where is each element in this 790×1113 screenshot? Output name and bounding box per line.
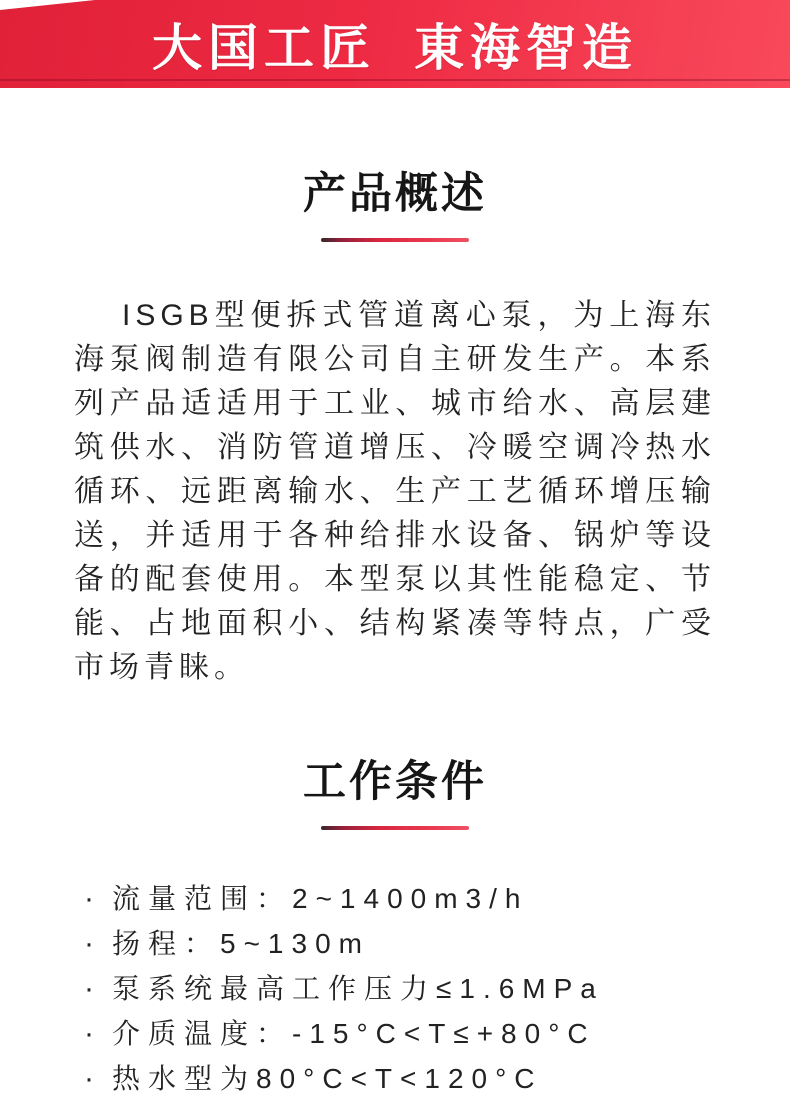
- banner-title: 大国工匠 東海智造: [152, 8, 638, 80]
- condition-item-head: · 扬程：5~130m: [84, 921, 730, 966]
- bullet-icon: ·: [84, 966, 102, 1011]
- bullet-icon: ·: [84, 876, 102, 921]
- condition-text: 泵系统最高工作压力≤1.6MPa: [112, 966, 604, 1011]
- overview-title-underline: [321, 238, 469, 242]
- condition-text: 流量范围：2~1400m3/h: [112, 876, 528, 921]
- section-overview: 产品概述 ISGB型便拆式管道离心泵，为上海东海泵阀制造有限公司自主研发生产。本…: [0, 88, 790, 690]
- condition-item-hot-water-type: · 热水型为80°C<T<120°C: [84, 1056, 730, 1101]
- conditions-title-underline: [321, 826, 469, 830]
- condition-item-max-pressure: · 泵系统最高工作压力≤1.6MPa: [84, 966, 730, 1011]
- condition-text: 介质温度：-15°C<T≤+80°C: [112, 1011, 596, 1056]
- bullet-icon: ·: [84, 921, 102, 966]
- condition-text: 扬程：5~130m: [112, 921, 370, 966]
- section-working-conditions: 工作条件 · 流量范围：2~1400m3/h · 扬程：5~130m · 泵系统…: [0, 690, 790, 1101]
- overview-paragraph: ISGB型便拆式管道离心泵，为上海东海泵阀制造有限公司自主研发生产。本系列产品适…: [74, 294, 716, 690]
- banner-corner-notch: [0, 0, 95, 10]
- top-banner: 大国工匠 東海智造: [0, 0, 790, 88]
- condition-item-flow-range: · 流量范围：2~1400m3/h: [84, 876, 730, 921]
- overview-section-title: 产品概述: [0, 88, 790, 221]
- conditions-section-title: 工作条件: [0, 690, 790, 809]
- condition-item-medium-temperature: · 介质温度：-15°C<T≤+80°C: [84, 1011, 730, 1056]
- bullet-icon: ·: [84, 1011, 102, 1056]
- condition-text: 热水型为80°C<T<120°C: [112, 1056, 543, 1101]
- bullet-icon: ·: [84, 1056, 102, 1101]
- conditions-list: · 流量范围：2~1400m3/h · 扬程：5~130m · 泵系统最高工作压…: [0, 876, 790, 1101]
- product-detail-page: 大国工匠 東海智造 产品概述 ISGB型便拆式管道离心泵，为上海东海泵阀制造有限…: [0, 0, 790, 1113]
